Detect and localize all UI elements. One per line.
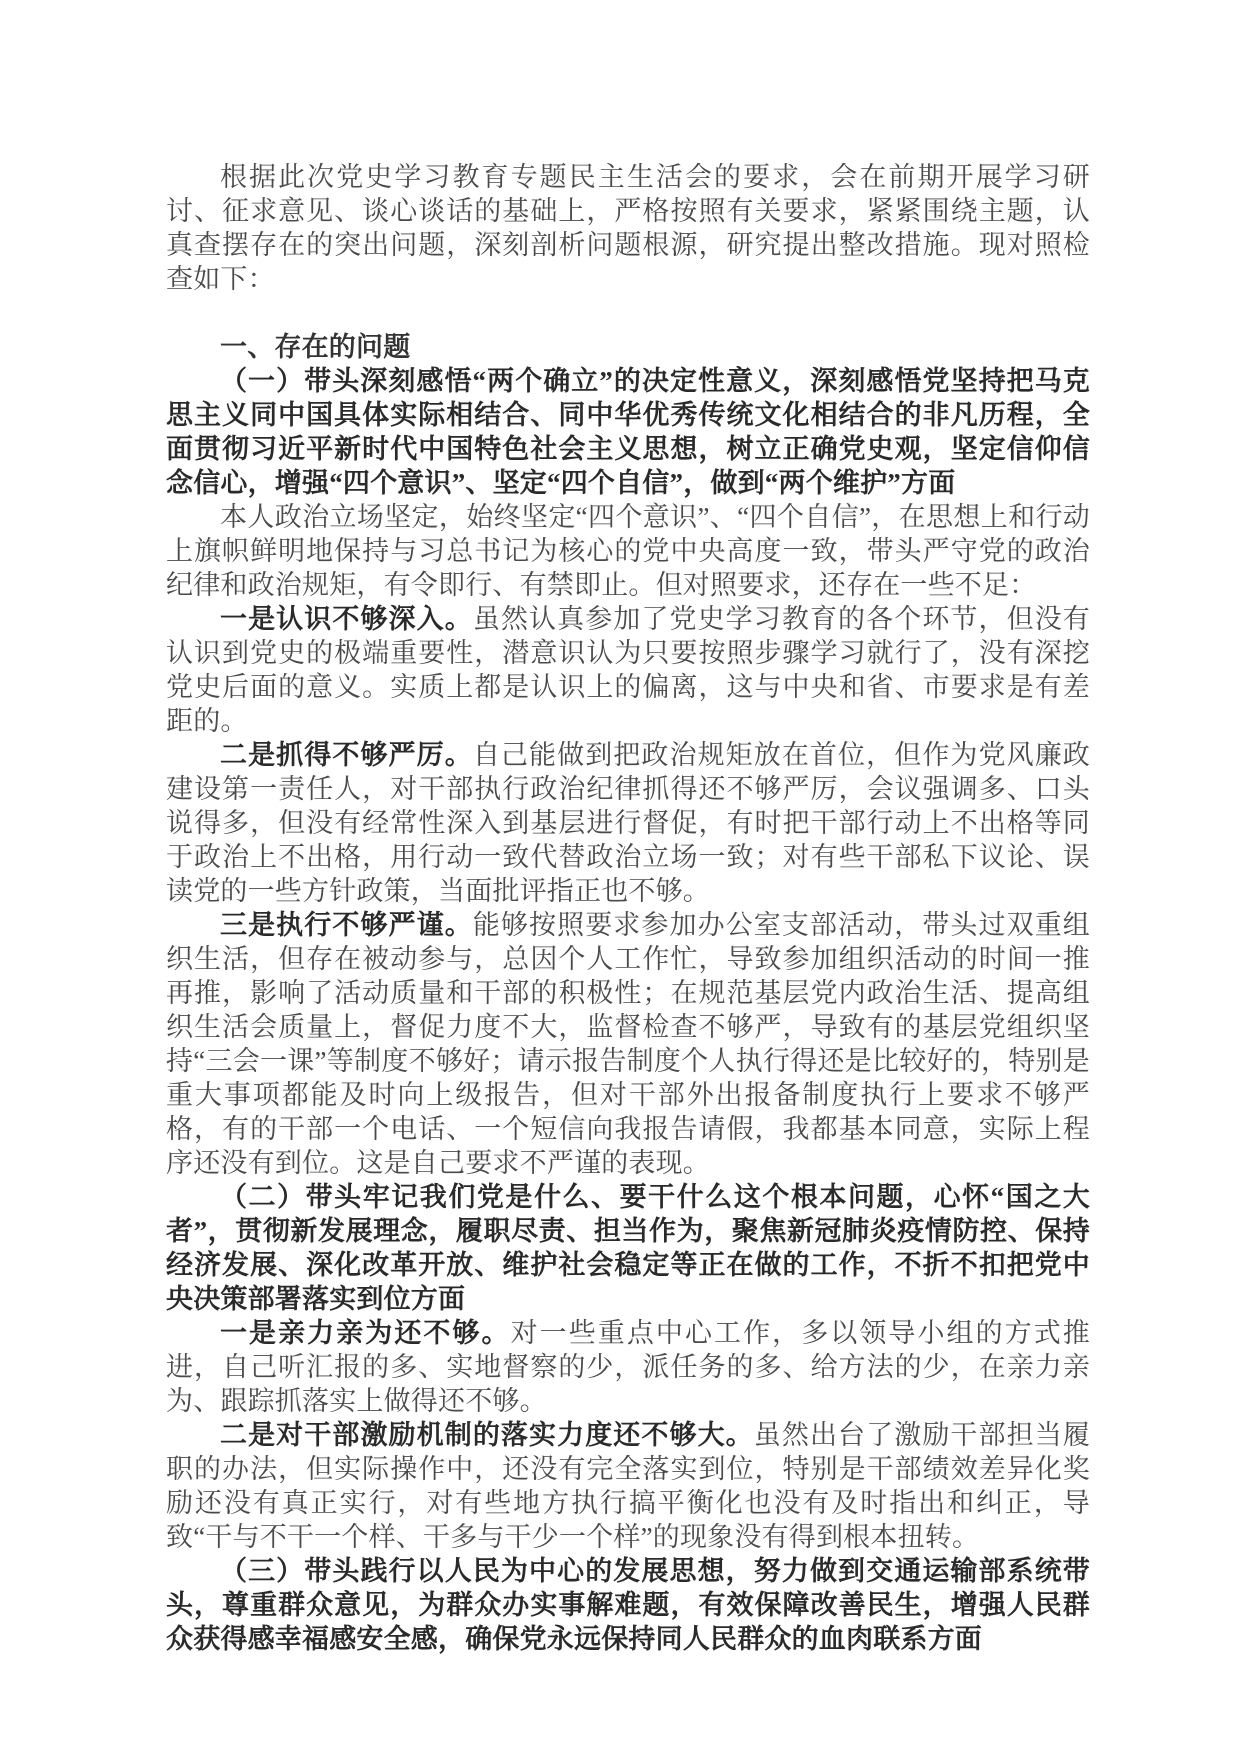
- paragraph-lead: 三是执行不够严谨。: [220, 910, 473, 940]
- paragraph: 二是抓得不够严厉。自己能做到把政治规矩放在首位，但作为党风廉政建设第一责任人，对…: [166, 738, 1090, 908]
- paragraph-text: （二）带头牢记我们党是什么、要干什么这个根本问题，心怀“国之大者”，贯彻新发展理…: [166, 1182, 1090, 1314]
- paragraph: （二）带头牢记我们党是什么、要干什么这个根本问题，心怀“国之大者”，贯彻新发展理…: [166, 1180, 1090, 1316]
- document-page: 根据此次党史学习教育专题民主生活会的要求，会在前期开展学习研讨、征求意见、谈心谈…: [0, 0, 1240, 1754]
- paragraph-text: 根据此次党史学习教育专题民主生活会的要求，会在前期开展学习研讨、征求意见、谈心谈…: [166, 162, 1090, 294]
- paragraph-lead: 二是抓得不够严厉。: [220, 740, 473, 770]
- paragraph-lead: 一是认识不够深入。: [220, 604, 473, 634]
- paragraph: （一）带头深刻感悟“两个确立”的决定性意义，深刻感悟党坚持把马克思主义同中国具体…: [166, 364, 1090, 500]
- section-heading: 一、存在的问题: [166, 330, 1090, 364]
- paragraph: 根据此次党史学习教育专题民主生活会的要求，会在前期开展学习研讨、征求意见、谈心谈…: [166, 160, 1090, 296]
- paragraph: 三是执行不够严谨。能够按照要求参加办公室支部活动，带头过双重组织生活，但存在被动…: [166, 908, 1090, 1180]
- paragraph: 本人政治立场坚定，始终坚定“四个意识”、“四个自信”，在思想上和行动上旗帜鲜明地…: [166, 500, 1090, 602]
- paragraph-text: （一）带头深刻感悟“两个确立”的决定性意义，深刻感悟党坚持把马克思主义同中国具体…: [166, 366, 1090, 498]
- paragraph: 一是亲力亲为还不够。对一些重点中心工作，多以领导小组的方式推进，自己听汇报的多、…: [166, 1316, 1090, 1418]
- paragraph-text: 能够按照要求参加办公室支部活动，带头过双重组织生活，但存在被动参与，总因个人工作…: [166, 910, 1090, 1178]
- paragraph: 一是认识不够深入。虽然认真参加了党史学习教育的各个环节，但没有认识到党史的极端重…: [166, 602, 1090, 738]
- document-body: 根据此次党史学习教育专题民主生活会的要求，会在前期开展学习研讨、征求意见、谈心谈…: [166, 160, 1090, 1656]
- paragraph-text: 一、存在的问题: [220, 332, 410, 362]
- paragraph: 二是对干部激励机制的落实力度还不够大。虽然出台了激励干部担当履职的办法，但实际操…: [166, 1418, 1090, 1554]
- paragraph-text: （三）带头践行以人民为中心的发展思想，努力做到交通运输部系统带头，尊重群众意见，…: [166, 1556, 1090, 1654]
- paragraph: （三）带头践行以人民为中心的发展思想，努力做到交通运输部系统带头，尊重群众意见，…: [166, 1554, 1090, 1656]
- paragraph-lead: 二是对干部激励机制的落实力度还不够大。: [220, 1420, 754, 1450]
- paragraph-text: 本人政治立场坚定，始终坚定“四个意识”、“四个自信”，在思想上和行动上旗帜鲜明地…: [166, 502, 1090, 600]
- paragraph-lead: 一是亲力亲为还不够。: [220, 1318, 511, 1348]
- paragraph-spacer: [166, 296, 1090, 330]
